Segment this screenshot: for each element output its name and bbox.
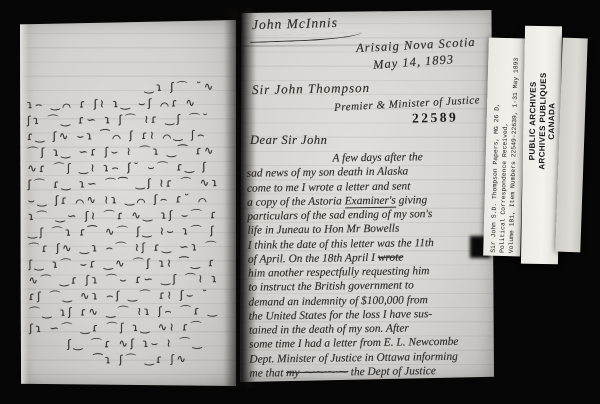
recipient-line: Sir John Thompson [252,80,370,98]
right-page: John McInnis Arisaig Nova Scotia May 14,… [240,10,494,382]
shorthand-line: ⁀ɿ ʃ⌒ ‿ɾ ʃ∿ [29,351,231,369]
archives-card-text: PUBLIC ARCHIVESARCHIVES PUBLIQUESCANADA [526,5,559,237]
salutation: Dear Sir John [250,133,327,148]
shorthand-line: ʃ‿ ⌒ɾ ∿ʃ ɿ⌣ ≀ ⌒‿ [29,335,231,353]
collection-tag-text: Sir John S.D. Thompson Papers, MG 26 D,P… [488,41,521,254]
letter-line: me that my ⁓⁓⁓⁓ the Dept of Justice [249,363,491,381]
archival-photograph: ‿ɿ ʃ⌒ ˘∿ɿ⌢ ‿⌒ ɾ ʃ≀ ɿ‿ ⌣ʃ ⌒ɾ ∿ʃɿ ⌒‿ ɾ∽ ɿ … [0,0,600,404]
docket-name: John McInnis [252,15,338,33]
left-page: ‿ɿ ʃ⌒ ˘∿ɿ⌢ ‿⌒ ɾ ʃ≀ ɿ‿ ⌣ʃ ⌒ɾ ∿ʃɿ ⌒‿ ɾ∽ ɿ … [20,20,236,386]
letter-body: A few days after thesad news of my son d… [246,149,491,380]
shorthand-block: ‿ɿ ʃ⌒ ˘∿ɿ⌢ ‿⌒ ɾ ʃ≀ ɿ‿ ⌣ʃ ⌒ɾ ∿ʃɿ ⌒‿ ɾ∽ ɿ … [26,79,231,369]
page-gutter-shadow [224,8,256,388]
collection-tag-strip: Sir John S.D. Thompson Papers, MG 26 D,P… [483,38,526,257]
item-number-stamp: 22589 [412,109,459,126]
shorthand-line: ‿ɿ ʃ⌒ ˘∿ [26,79,228,97]
